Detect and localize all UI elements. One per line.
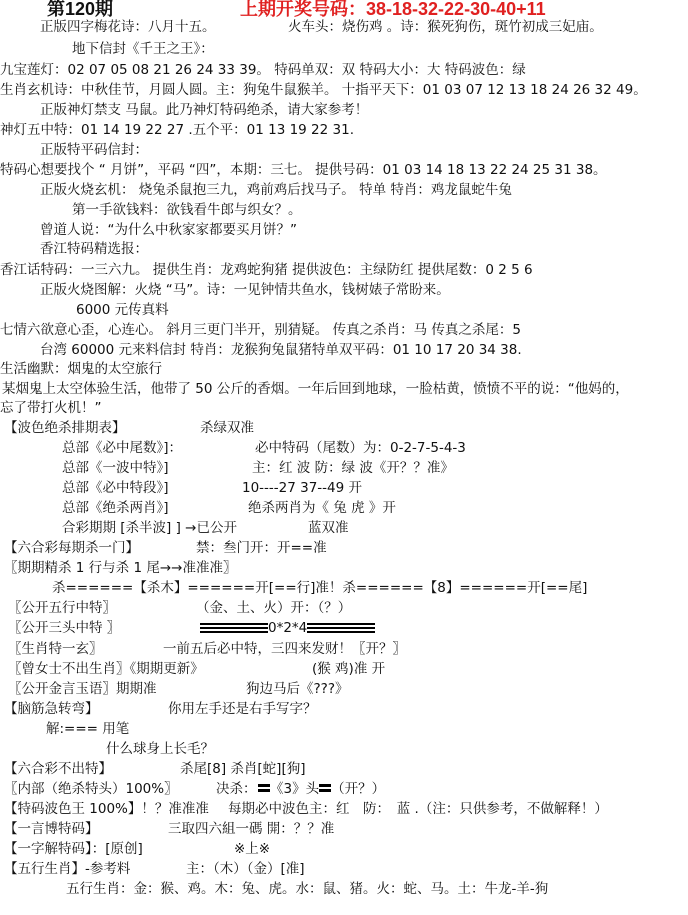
text-line: 一前五后必中特，三四来发财！〖开？〗 (163, 640, 406, 658)
text-line: 杀======【杀木】======开[==行]准！杀======【8】=====… (52, 579, 587, 597)
text-line: 【六合彩每期杀一门】 (4, 539, 139, 557)
text-line: 【六合彩不出特】 (4, 760, 112, 778)
text-line: 你用左手还是右手写字？ (168, 700, 317, 718)
text-line: 主：（木）（金）[准] (186, 860, 305, 878)
text-line: 合彩期期 [杀半波] ] →已公开 (62, 519, 237, 537)
text-line: (猴 鸡)准 开 (312, 660, 385, 678)
text-line: 6000 元传真料 (76, 301, 169, 319)
text-line: 正版火烧图解：火烧 “马”。诗：一见钟情共鱼水，钱树婊子常盼来。 (40, 281, 450, 299)
text-line: 【一字解特码】：[原创] (4, 840, 143, 858)
text-line: 生活幽默：烟鬼的太空旅行 (0, 360, 162, 378)
text-line: 某烟鬼上太空体验生活，他带了 50 公斤的香烟。一年后回到地球，一脸枯黄，愤愤不… (2, 380, 629, 398)
kill-head-suffix: （开？） (331, 781, 385, 797)
text-line: 台湾 60000 元来料信封 特肖：龙猴狗兔鼠猪特单双平码：01 10 17 2… (40, 341, 522, 359)
text-line: 正版火烧玄机： 烧兔杀鼠抱三九，鸡前鸡后找马子。 特单 特肖：鸡龙鼠蛇牛兔 (40, 181, 512, 199)
text-line: 〖内部（绝杀特头）100%〗 (4, 780, 178, 798)
text-line: 每期必中波色主：红 防： 蓝 .（注：只供参考，不做解释！） (228, 800, 608, 818)
text-line: 〖公开金言玉语〗期期准 (8, 680, 157, 698)
text-line: 〖期期精杀 1 行与杀 1 尾→→准准准〗 (4, 559, 236, 577)
text-line: 正版四字梅花诗：八月十五。 (40, 18, 216, 36)
text-line: ※上※ (234, 840, 270, 858)
text-line: 【波色绝杀排期表】 (4, 419, 126, 437)
last-result: 上期开奖号码：38-18-32-22-30-40+11 (240, 0, 546, 20)
text-line: 七情六欲意心歪，心连心。 斜月三更门半开，别猜疑。 传真之杀肖：马 传真之杀尾：… (0, 321, 521, 339)
text-line: 五行生肖：金：猴、鸡。木：兔、虎。水：鼠、猪。火：蛇、马。土：牛龙-羊-狗 (66, 880, 548, 898)
text-line: 【特码波色王 100%】！？准准准 (4, 800, 209, 818)
text-line: 正版神灯禁支 马鼠。此乃神灯特码绝杀，请大家参考！ (40, 101, 368, 119)
text-line: 禁：叁门开：开==准 (196, 539, 327, 557)
text-line: 〖公开三头中特 〗 (8, 619, 120, 637)
text-line: 总部《必中尾数》]： (62, 439, 182, 457)
text-line: 杀绿双准 (200, 419, 254, 437)
text-line: 正版特平码信封： (40, 141, 148, 159)
text-line: （金、土、火）开：（？） (196, 599, 351, 617)
text-line: 杀尾[8] 杀肖[蛇][狗] (180, 760, 305, 778)
text-line: 总部《一波中特》] (62, 459, 169, 477)
text-line: 〖公开五行中特〗 (8, 599, 116, 617)
text-line: 【脑筋急转弯】 (4, 700, 99, 718)
text-line: 〖曾女士不出生肖〗《期期更新》 (8, 660, 204, 678)
text-line: 蓝双准 (308, 519, 349, 537)
text-line: 狗边马后《???》 (246, 680, 349, 698)
decorative-bars-icon (319, 784, 331, 794)
three-heads-graphic: 0*2*4 (200, 619, 375, 637)
text-line: 总部《必中特段》] (62, 479, 169, 497)
text-line: 地下信封《千王之王》： (72, 40, 214, 58)
text-line: 曾道人说：“为什么中秋家家都要买月饼？” (40, 221, 297, 239)
text-line: 总部《绝杀两肖》] (62, 499, 169, 517)
last-result-numbers: 38-18-32-22-30-40+11 (366, 0, 546, 19)
decorative-bars-icon (200, 623, 234, 633)
decorative-bars-icon (341, 623, 375, 633)
text-line: 必中特码（尾数）为：0-2-7-5-4-3 (255, 439, 466, 457)
text-line: 决杀： (216, 780, 257, 798)
text-line: 香江特码精选报： (40, 240, 148, 258)
text-line: 绝杀两肖为《 兔 虎 》开 (248, 499, 396, 517)
text-line: 10----27 37--49 开 (242, 479, 362, 497)
decorative-bars-icon (234, 623, 268, 633)
text-line: 三取四六組一碼 開：？？准 (168, 820, 334, 838)
text-line: 什么球身上长毛？ (106, 740, 214, 758)
last-result-label: 上期开奖号码： (240, 0, 366, 19)
text-line: 〖生肖特一玄〗 (8, 640, 103, 658)
text-line: 九宝莲灯：02 07 05 08 21 26 24 33 39。 特码单双：双 … (0, 61, 526, 79)
text-line: 主：红 波 防：绿 波《开？？准》 (252, 459, 454, 477)
text-line: 香江话特码：一三六九。 提供生肖：龙鸡蛇狗猪 提供波色：主绿防红 提供尾数：0 … (0, 261, 533, 279)
text-line: 忘了带打火机！” (0, 399, 102, 417)
issue-title: 第120期 (47, 0, 113, 20)
kill-head-graphic: 《3》头（开？） (258, 780, 385, 798)
text-line: 解:=== 用笔 (46, 720, 129, 738)
text-line: 第一手欲钱料：欲钱看牛郎与织女？。 (72, 201, 302, 219)
text-line: 特码心想要找个 “ 月饼”，平码 “四”，本期：三七。 提供号码：01 03 1… (0, 161, 607, 179)
text-line: 【一言博特码】 (4, 820, 99, 838)
text-line: 【五行生肖】-参考料 (4, 860, 130, 878)
decorative-bars-icon (258, 784, 270, 794)
three-heads-value: 0*2*4 (268, 620, 307, 636)
text-line: 生肖玄机诗：中秋佳节，月圆人圆。主：狗兔牛鼠猴羊。 十指平天下：01 03 07… (0, 81, 647, 99)
kill-head-value: 《3》头 (270, 781, 319, 797)
text-line: 火车头：烧伤鸡 。诗：猴死狗伤，斑竹初成三妃庙。 (288, 18, 603, 36)
decorative-bars-icon (307, 623, 341, 633)
text-line: 神灯五中特：01 14 19 22 27 .五个平：01 13 19 22 31… (0, 121, 354, 139)
